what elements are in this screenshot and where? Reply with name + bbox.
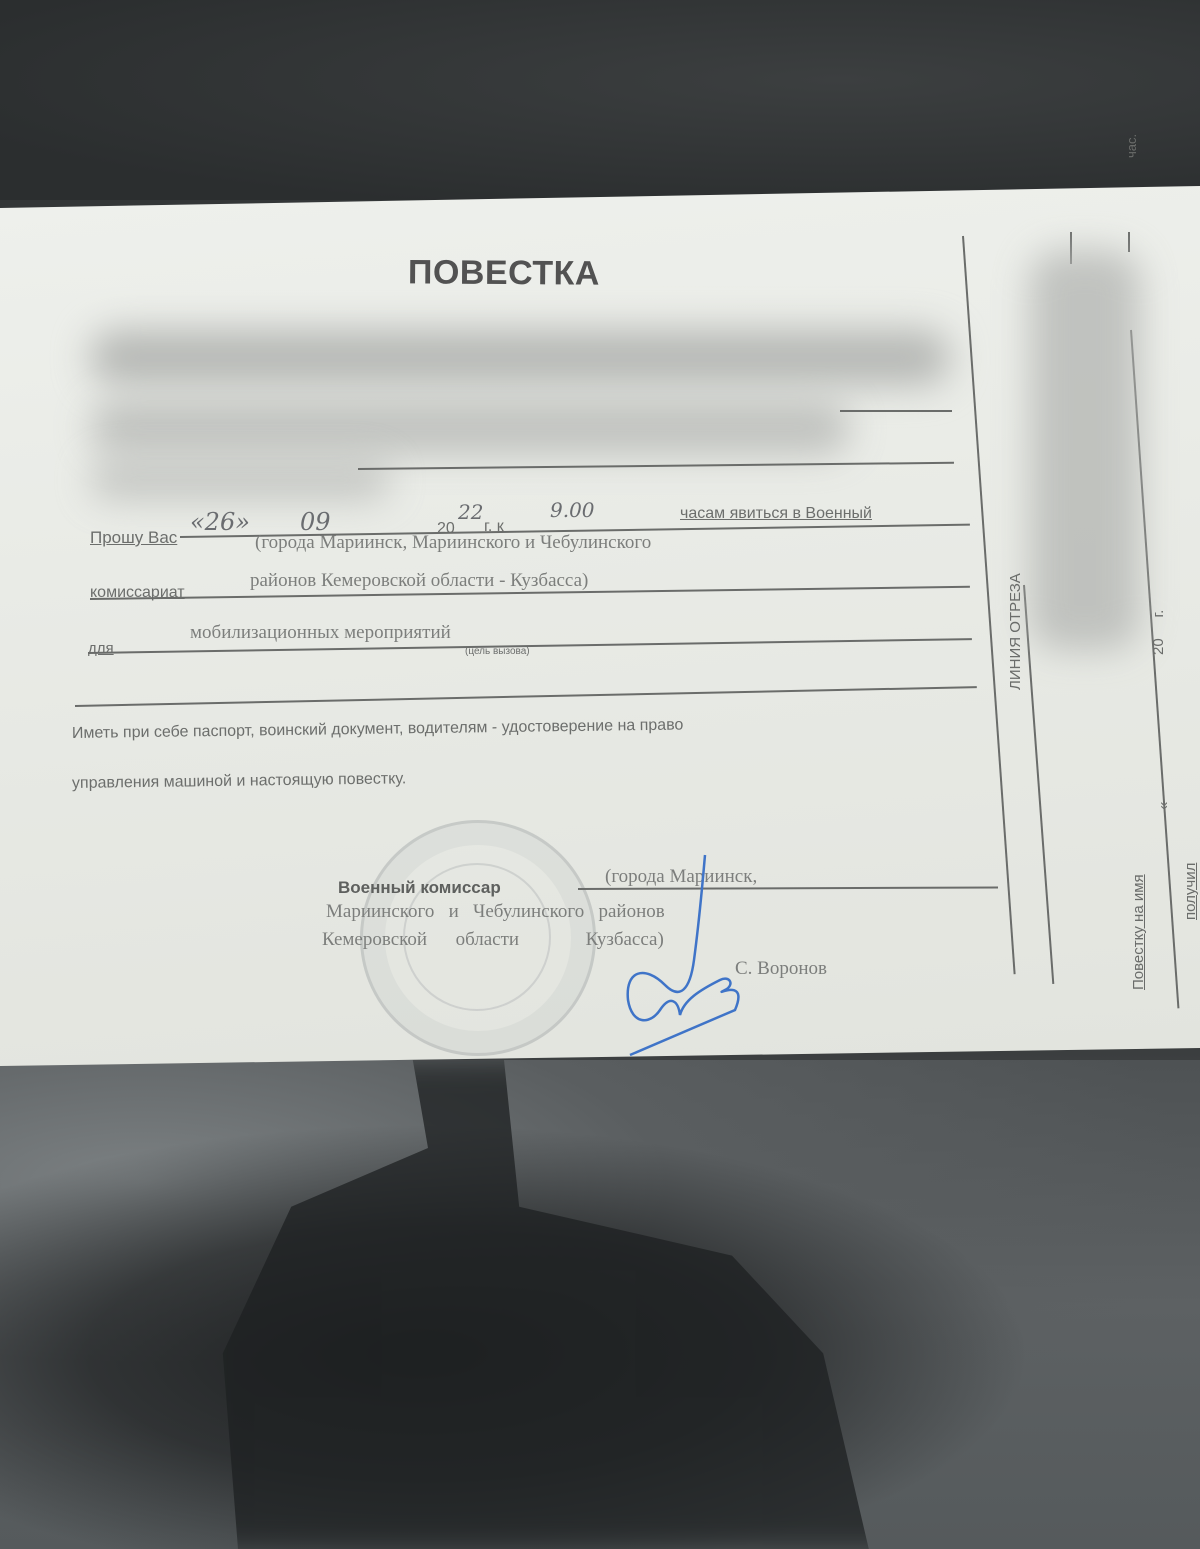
redacted-recipient-line-2	[90, 400, 850, 455]
stub-received-by: получил	[1182, 863, 1199, 920]
stub-line-4	[1128, 232, 1130, 252]
redacted-stub	[1030, 250, 1140, 650]
cut-line-label: ЛИНИЯ ОТРЕЗА	[1007, 573, 1024, 690]
appointment-time: 9.00	[550, 498, 595, 522]
year-suffix: 22	[458, 500, 483, 524]
date-day: «26»	[190, 508, 250, 536]
stub-quote-mark: «	[1155, 802, 1172, 810]
signature	[610, 850, 760, 1060]
table-surface-top	[0, 0, 1200, 200]
request-label: Прошу Вас	[90, 528, 177, 548]
purpose-caption: (цель вызова)	[465, 646, 530, 657]
stub-hours-label: час.	[1124, 134, 1139, 158]
redacted-recipient-line-3	[90, 460, 390, 500]
redacted-recipient-line-1	[90, 330, 950, 385]
stub-year-label: 20 г.	[1150, 610, 1167, 655]
commissariat-line-1: (города Мариинск, Мариинского и Чебулинс…	[255, 532, 651, 554]
purpose-value: мобилизационных мероприятий	[190, 622, 451, 644]
stub-received-label: Повестку на имя	[1130, 874, 1147, 990]
purpose-label: для	[88, 640, 114, 657]
signatory-label: Военный комиссар	[338, 878, 501, 898]
appear-text: часам явиться в Военный	[680, 505, 872, 523]
recipient-underline-1	[840, 410, 952, 412]
commissariat-line-2: районов Кемеровской области - Кузбасса)	[250, 570, 588, 592]
document-title: ПОВЕСТКА	[408, 253, 600, 293]
